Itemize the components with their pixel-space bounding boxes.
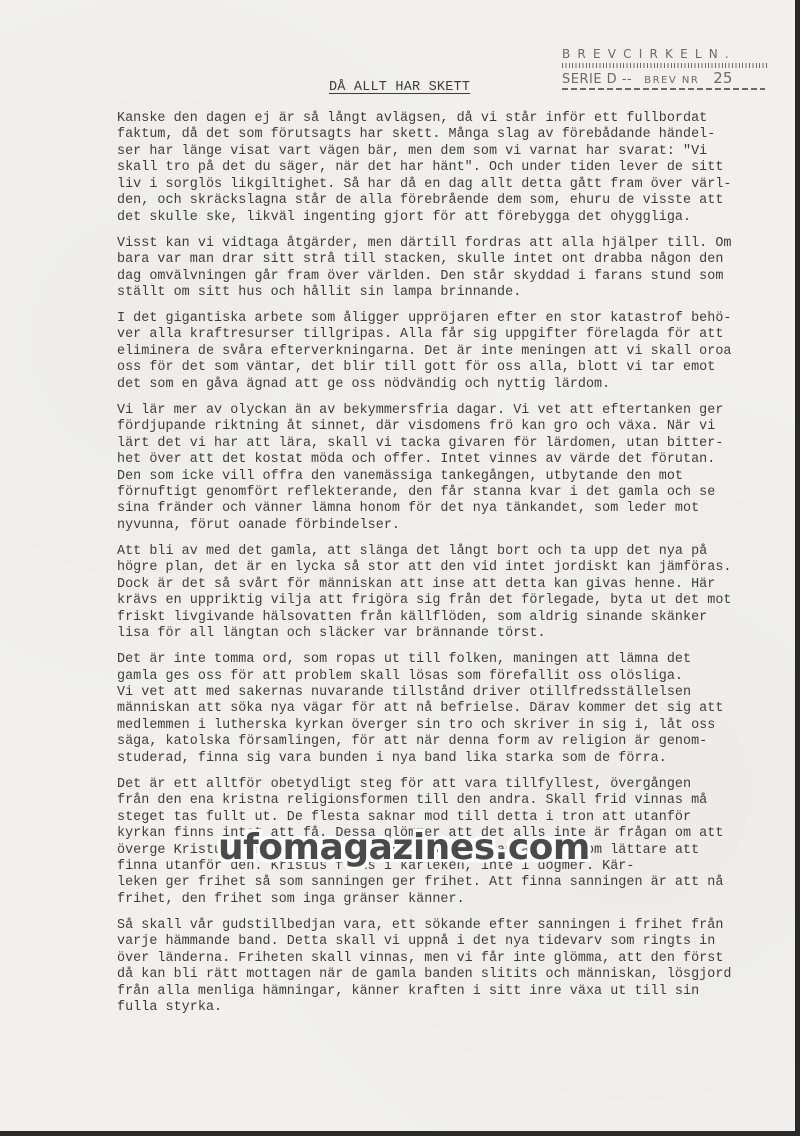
- document-page: BREVCIRKELN. SERIE D -- BREV NR 25 DÅ AL…: [0, 0, 795, 1131]
- paragraph: Att bli av med det gamla, att slänga det…: [117, 544, 797, 643]
- text-line: det skulle ske, likväl ingenting gjort f…: [117, 210, 797, 226]
- paragraph: Det är inte tomma ord, som ropas ut till…: [117, 652, 797, 767]
- letter-header: BREVCIRKELN. SERIE D -- BREV NR 25: [562, 47, 772, 90]
- text-line: skall tro på det du säger, när det har h…: [117, 160, 797, 176]
- dash-rule: [562, 88, 765, 90]
- letter-number-label: BREV NR: [644, 75, 699, 86]
- text-line: dag omvälvningen går fram över världen. …: [117, 269, 797, 285]
- text-line: eliminera de svåra efterverkningarna. De…: [117, 344, 797, 360]
- text-line: Vi vet att med sakernas nuvarande tillst…: [117, 685, 797, 701]
- text-line: då kan bli rätt mottagen när de gamla ba…: [117, 967, 797, 983]
- text-line: över länderna. Friheten skall vinnas, me…: [117, 951, 797, 967]
- text-line: människan att söka nya vägar för att nå …: [117, 701, 797, 717]
- text-line: Visst kan vi vidtaga åtgärder, men därti…: [117, 236, 797, 252]
- paragraph: Vi lär mer av olyckan än av bekymmersfri…: [117, 403, 797, 535]
- text-line: den, och skräckslagna står de alla föreb…: [117, 193, 797, 209]
- paragraph: Visst kan vi vidtaga åtgärder, men därti…: [117, 236, 797, 302]
- text-line: friskt livgivande hälsovatten från källf…: [117, 610, 797, 626]
- document-body: Kanske den dagen ej är så långt avlägsen…: [117, 111, 797, 1026]
- text-line: liv i sorglös likgiltighet. Så har då en…: [117, 177, 797, 193]
- text-line: steget tas fullt ut. De flesta saknar mo…: [117, 810, 797, 826]
- text-line: fördjupande riktning åt sinnet, där visd…: [117, 419, 797, 435]
- text-line: faktum, då det som förutsagts har skett.…: [117, 127, 797, 143]
- letter-number: 25: [713, 69, 732, 87]
- text-line: Dock är det så svårt för människan att i…: [117, 577, 797, 593]
- text-line: säga, katolska församlingen, för att när…: [117, 734, 797, 750]
- text-line: oss för det som väntar, det blir till go…: [117, 360, 797, 376]
- text-line: gamla ges oss för att problem skall lösa…: [117, 669, 797, 685]
- text-line: bara var man drar sitt strå till stacken…: [117, 252, 797, 268]
- text-line: sina fränder och vänner lämna honom för …: [117, 501, 797, 517]
- text-line: het över att det kostat möda och offer. …: [117, 452, 797, 468]
- text-line: Den som icke vill offra den vanemässiga …: [117, 469, 797, 485]
- document-title: DÅ ALLT HAR SKETT: [329, 80, 470, 95]
- text-line: Så skall vår gudstillbedjan vara, ett sö…: [117, 918, 797, 934]
- text-line: förnuftigt genomfört reflekterande, den …: [117, 485, 797, 501]
- text-line: högre plan, det är en lycka så stor att …: [117, 560, 797, 576]
- brand-name: BREVCIRKELN.: [562, 47, 772, 61]
- text-line: det som en gåva ägnad att ge oss nödvänd…: [117, 377, 797, 393]
- watermark: ufomagazines.com: [218, 828, 590, 868]
- text-line: varje hämmande band. Detta skall vi uppn…: [117, 934, 797, 950]
- text-line: krävs en uppriktig vilja att frigöra sig…: [117, 593, 797, 609]
- text-line: Det är ett alltför obetydligt steg för a…: [117, 777, 797, 793]
- paragraph: I det gigantiska arbete som åligger uppr…: [117, 311, 797, 393]
- text-line: Det är inte tomma ord, som ropas ut till…: [117, 652, 797, 668]
- text-line: fulla styrka.: [117, 1000, 797, 1016]
- text-line: ser har länge visat vart vägen bär, men …: [117, 144, 797, 160]
- text-line: studerad, finna sig vara bunden i nya ba…: [117, 751, 797, 767]
- text-line: I det gigantiska arbete som åligger uppr…: [117, 311, 797, 327]
- tick-rule: [562, 63, 767, 68]
- text-line: frihet, den frihet som inga gränser känn…: [117, 892, 797, 908]
- text-line: ver alla kraftresurser tillgripas. Alla …: [117, 327, 797, 343]
- text-line: Kanske den dagen ej är så långt avlägsen…: [117, 111, 797, 127]
- series-line: SERIE D -- BREV NR 25: [562, 69, 772, 87]
- text-line: lisa för all längtan och släcker var brä…: [117, 626, 797, 642]
- text-line: Att bli av med det gamla, att slänga det…: [117, 544, 797, 560]
- text-line: nyvunna, förut oanade förbindelser.: [117, 518, 797, 534]
- text-line: ställt om sitt hus och hållit sin lampa …: [117, 285, 797, 301]
- text-line: lärt det vi har att lära, skall vi tacka…: [117, 436, 797, 452]
- text-line: Vi lär mer av olyckan än av bekymmersfri…: [117, 403, 797, 419]
- series-label: SERIE D --: [562, 72, 632, 87]
- text-line: från den ena kristna religionsformen til…: [117, 793, 797, 809]
- paragraph: Kanske den dagen ej är så långt avlägsen…: [117, 111, 797, 226]
- text-line: medlemmen i lutherska kyrkan överger sin…: [117, 718, 797, 734]
- text-line: från alla menliga hämningar, känner kraf…: [117, 984, 797, 1000]
- text-line: leken ger frihet så som sanningen ger fr…: [117, 875, 797, 891]
- paragraph: Så skall vår gudstillbedjan vara, ett sö…: [117, 918, 797, 1017]
